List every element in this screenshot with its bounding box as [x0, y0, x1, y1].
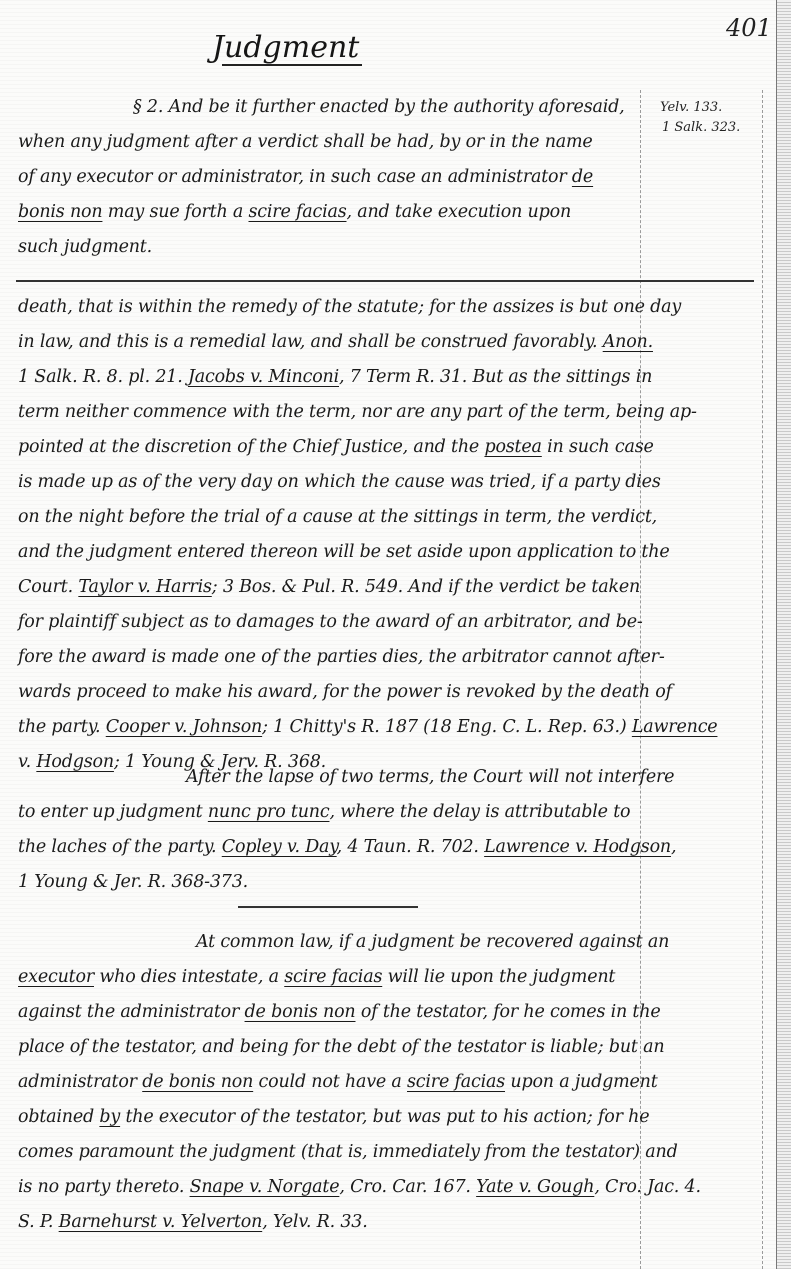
text-segment: 1 Salk. R. 8. pl. 21. [18, 367, 188, 387]
section-divider [16, 280, 754, 282]
underlined-citation: Taylor v. Harris [78, 577, 211, 597]
heading-underline [222, 64, 362, 66]
text-line: of any executor or administrator, in suc… [18, 160, 648, 195]
text-segment: At common law, if a judgment be recovere… [196, 932, 669, 952]
page-heading: Judgment [212, 30, 359, 65]
text-segment: , Cro. Car. 167. [339, 1177, 476, 1197]
underlined-citation: Jacobs v. Minconi [188, 367, 339, 387]
underlined-citation: de bonis non [142, 1072, 253, 1092]
underlined-citation: Yate v. Gough [476, 1177, 594, 1197]
text-segment: 1 Young & Jer. R. 368-373. [18, 872, 248, 892]
text-line: wards proceed to make his award, for the… [18, 675, 758, 710]
text-segment: the laches of the party. [18, 837, 222, 857]
text-line: § 2. And be it further enacted by the au… [18, 90, 648, 125]
text-segment: in law, and this is a remedial law, and … [18, 332, 603, 352]
marginal-note: Yelv. 133. [660, 98, 740, 118]
text-segment: will lie upon the judgment [382, 967, 615, 987]
manuscript-page: 401 Judgment Yelv. 133. 1 Salk. 323. § 2… [0, 0, 791, 1269]
marginal-note: 1 Salk. 323. [662, 118, 740, 138]
text-segment: , 4 Taun. R. 702. [337, 837, 484, 857]
text-line: After the lapse of two terms, the Court … [18, 760, 758, 795]
text-line: to enter up judgment nunc pro tunc, wher… [18, 795, 758, 830]
underlined-citation: de bonis non [245, 1002, 356, 1022]
underlined-citation: executor [18, 967, 94, 987]
text-line: administrator de bonis non could not hav… [18, 1065, 758, 1100]
paragraph-divider [238, 906, 418, 908]
underlined-citation: scire facias [249, 202, 347, 222]
statute-text: § 2. And be it further enacted by the au… [18, 90, 648, 265]
underlined-citation: scire facias [284, 967, 382, 987]
commentary-paragraph-3: At common law, if a judgment be recovere… [18, 925, 758, 1240]
text-segment: administrator [18, 1072, 142, 1092]
text-segment: ; 3 Bos. & Pul. R. 549. And if the verdi… [212, 577, 640, 597]
text-segment: is made up as of the very day on which t… [18, 472, 661, 492]
text-line: is made up as of the very day on which t… [18, 465, 758, 500]
text-segment: obtained [18, 1107, 99, 1127]
underlined-citation: Cooper v. Johnson [106, 717, 262, 737]
text-segment: , Yelv. R. 33. [262, 1212, 367, 1232]
text-segment: , 7 Term R. 31. But as the sittings in [339, 367, 652, 387]
text-line: At common law, if a judgment be recovere… [18, 925, 758, 960]
text-segment: may sue forth a [102, 202, 248, 222]
text-segment: term neither commence with the term, nor… [18, 402, 697, 422]
text-line: term neither commence with the term, nor… [18, 395, 758, 430]
text-segment: , Cro. Jac. 4. [594, 1177, 701, 1197]
text-segment: fore the award is made one of the partie… [18, 647, 665, 667]
text-segment: the party. [18, 717, 106, 737]
text-line: pointed at the discretion of the Chief J… [18, 430, 758, 465]
text-segment: when any judgment after a verdict shall … [18, 132, 593, 152]
text-segment: pointed at the discretion of the Chief J… [18, 437, 484, 457]
text-segment: could not have a [253, 1072, 407, 1092]
underlined-citation: scire facias [407, 1072, 505, 1092]
underlined-citation: Barnehurst v. Yelverton [59, 1212, 263, 1232]
underlined-citation: by [99, 1107, 120, 1127]
text-segment: upon a judgment [505, 1072, 658, 1092]
text-segment: , [671, 837, 676, 857]
text-line: comes paramount the judgment (that is, i… [18, 1135, 758, 1170]
page-edge [776, 0, 791, 1269]
text-segment: Court. [18, 577, 78, 597]
text-line: such judgment. [18, 230, 648, 265]
text-line: 1 Salk. R. 8. pl. 21. Jacobs v. Minconi,… [18, 360, 758, 395]
text-segment: such judgment. [18, 237, 152, 257]
text-segment: against the administrator [18, 1002, 245, 1022]
text-line: and the judgment entered thereon will be… [18, 535, 758, 570]
text-line: the party. Cooper v. Johnson; 1 Chitty's… [18, 710, 758, 745]
text-segment: on the night before the trial of a cause… [18, 507, 657, 527]
page-number: 401 [726, 14, 772, 42]
text-line: on the night before the trial of a cause… [18, 500, 758, 535]
text-segment: § 2. And be it further enacted by the au… [133, 97, 624, 117]
text-segment: is no party thereto. [18, 1177, 190, 1197]
text-segment: , and take execution upon [347, 202, 572, 222]
underlined-citation: Lawrence [632, 717, 718, 737]
text-line: executor who dies intestate, a scire fac… [18, 960, 758, 995]
text-segment: S. P. [18, 1212, 59, 1232]
text-line: fore the award is made one of the partie… [18, 640, 758, 675]
text-line: is no party thereto. Snape v. Norgate, C… [18, 1170, 758, 1205]
text-segment: the executor of the testator, but was pu… [120, 1107, 649, 1127]
text-segment: death, that is within the remedy of the … [18, 297, 681, 317]
underlined-citation: Anon. [603, 332, 653, 352]
text-line: place of the testator, and being for the… [18, 1030, 758, 1065]
text-line: 1 Young & Jer. R. 368-373. [18, 865, 758, 900]
text-line: S. P. Barnehurst v. Yelverton, Yelv. R. … [18, 1205, 758, 1240]
text-line: Court. Taylor v. Harris; 3 Bos. & Pul. R… [18, 570, 758, 605]
text-line: when any judgment after a verdict shall … [18, 125, 648, 160]
text-line: for plaintiff subject as to damages to t… [18, 605, 758, 640]
commentary-paragraph-1: death, that is within the remedy of the … [18, 290, 758, 780]
margin-rule-right [762, 90, 763, 1269]
text-segment: who dies intestate, a [94, 967, 284, 987]
text-segment: ; 1 Chitty's R. 187 (18 Eng. C. L. Rep. … [262, 717, 632, 737]
text-segment: to enter up judgment [18, 802, 208, 822]
underlined-citation: postea [484, 437, 541, 457]
underlined-citation: Lawrence v. Hodgson [484, 837, 671, 857]
underlined-citation: nunc pro tunc [208, 802, 330, 822]
text-segment: in such case [542, 437, 654, 457]
text-segment: After the lapse of two terms, the Court … [186, 767, 674, 787]
underlined-citation: de [572, 167, 593, 187]
text-segment: place of the testator, and being for the… [18, 1037, 664, 1057]
underlined-citation: Snape v. Norgate [190, 1177, 340, 1197]
text-segment: wards proceed to make his award, for the… [18, 682, 672, 702]
text-line: against the administrator de bonis non o… [18, 995, 758, 1030]
commentary-paragraph-2: After the lapse of two terms, the Court … [18, 760, 758, 900]
text-segment: of any executor or administrator, in suc… [18, 167, 572, 187]
text-line: death, that is within the remedy of the … [18, 290, 758, 325]
text-segment: of the testator, for he comes in the [356, 1002, 661, 1022]
text-segment: and the judgment entered thereon will be… [18, 542, 669, 562]
text-segment: for plaintiff subject as to damages to t… [18, 612, 643, 632]
text-segment: comes paramount the judgment (that is, i… [18, 1142, 678, 1162]
underlined-citation: bonis non [18, 202, 102, 222]
underlined-citation: Copley v. Day [222, 837, 337, 857]
text-line: the laches of the party. Copley v. Day, … [18, 830, 758, 865]
text-line: bonis non may sue forth a scire facias, … [18, 195, 648, 230]
text-line: obtained by the executor of the testator… [18, 1100, 758, 1135]
marginal-notes: Yelv. 133. 1 Salk. 323. [660, 98, 740, 138]
text-segment: , where the delay is attributable to [329, 802, 630, 822]
text-line: in law, and this is a remedial law, and … [18, 325, 758, 360]
